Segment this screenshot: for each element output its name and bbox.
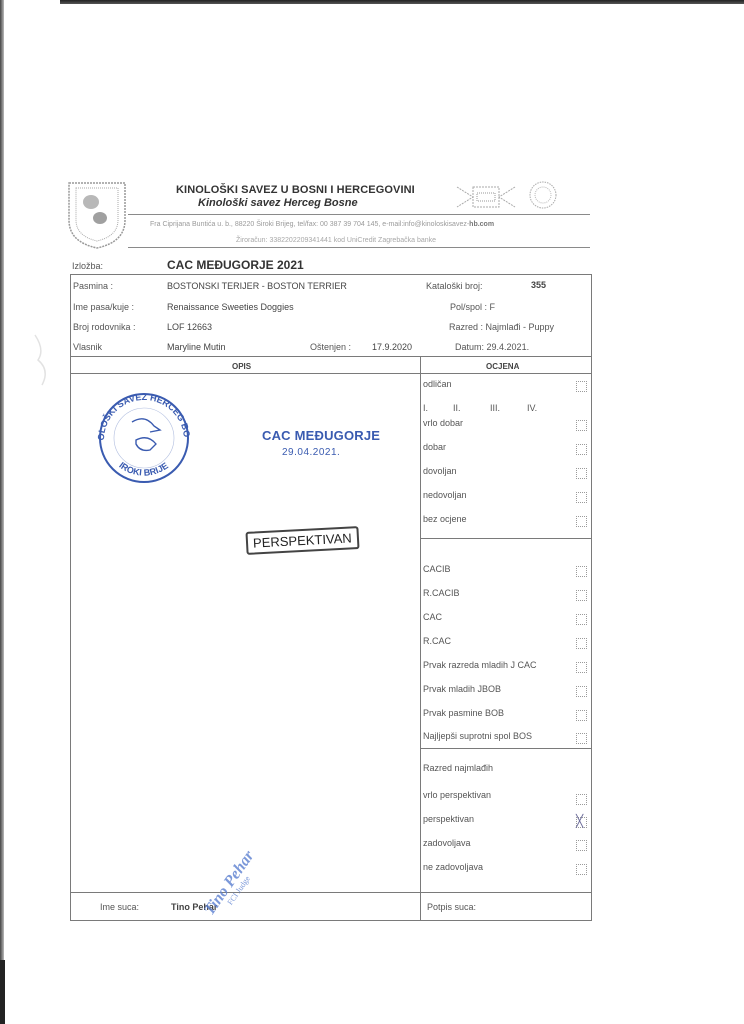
rank-1[interactable]: I. [423, 403, 428, 413]
grade-dovoljan-checkbox[interactable] [576, 468, 587, 479]
title-option-label: Prvak pasmine BOB [423, 708, 504, 718]
rank-4[interactable]: IV. [527, 403, 537, 413]
scan-edge-top [60, 0, 744, 4]
grade-column-header: OCJENA [486, 362, 519, 371]
born-label: Oštenjen : [310, 342, 351, 352]
judge-label: Ime suca: [100, 902, 139, 912]
kshb-round-stamp-icon: KINOLOŠKI SAVEZ HERCEG BOSNE ŠIROKI BRIJ… [90, 392, 198, 484]
rule-footer [70, 892, 592, 893]
puppy-class-heading: Razred najmlađih [423, 763, 493, 773]
puppy-perspektivan-checkbox[interactable] [576, 817, 587, 828]
class-field: Razred : Najmlađi - Puppy [449, 322, 554, 332]
title-option-label: Najljepši suprotni spol BOS [423, 731, 532, 741]
grade-odlican-checkbox[interactable] [576, 381, 587, 392]
rule-titles-end [420, 748, 592, 749]
sex-value: F [490, 302, 496, 312]
address-text: Fra Ciprijana Buntića u. b., 88220 Širok… [150, 221, 469, 228]
rank-3[interactable]: III. [490, 403, 500, 413]
grade-option-label: vrlo dobar [423, 418, 463, 428]
show-label: Izložba: [72, 261, 103, 271]
kennel-union-seal-logo-icon [528, 180, 558, 210]
puppy-option-label: perspektivan [423, 814, 474, 824]
fci-logo-icon [455, 183, 517, 211]
puppy-option-label: ne zadovoljava [423, 862, 483, 872]
catalog-value: 355 [531, 280, 546, 290]
title-option-label: Prvak mladih JBOB [423, 684, 501, 694]
grade-option-label: nedovoljan [423, 490, 467, 500]
show-name: CAC MEĐUGORJE 2021 [167, 258, 304, 272]
show-stamp-name: CAC MEĐUGORJE [262, 428, 380, 443]
catalog-label: Kataloški broj: [426, 281, 483, 291]
address-domain: hb.com [469, 221, 494, 228]
grade-option-label: dobar [423, 442, 446, 452]
title-r-cacib-checkbox[interactable] [576, 590, 587, 601]
date-label: Datum: [455, 342, 484, 352]
pedigree-label: Broj rodovnika : [73, 322, 136, 332]
owner-label: Vlasnik [73, 342, 102, 352]
date-value: 29.4.2021. [487, 342, 530, 352]
show-stamp-date: 29.04.2021. [282, 447, 340, 458]
grade-option-label: bez ocjene [423, 514, 467, 524]
title-option-label: R.CACIB [423, 588, 460, 598]
grade-option-label: odličan [423, 379, 452, 389]
svg-text:KINOLOŠKI SAVEZ HERCEG BOSNE: KINOLOŠKI SAVEZ HERCEG BOSNE [90, 392, 192, 441]
form-frame [70, 274, 592, 921]
title-option-label: Prvak razreda mladih J CAC [423, 660, 537, 670]
title-option-label: CAC [423, 612, 442, 622]
rank-2[interactable]: II. [453, 403, 461, 413]
puppy-zadovoljava-checkbox[interactable] [576, 840, 587, 851]
sex-field: Pol/spol : F [450, 302, 495, 312]
grade-option-label: dovoljan [423, 466, 457, 476]
kshb-shield-logo-icon [66, 180, 128, 250]
org-subtitle: Kinološki savez Herceg Bosne [198, 197, 358, 209]
class-value: Najmlađi - Puppy [486, 322, 555, 332]
title-cacib-checkbox[interactable] [576, 566, 587, 577]
grade-vrlo-dobar-checkbox[interactable] [576, 420, 587, 431]
rule-column-header [70, 373, 592, 374]
title-r-cac-checkbox[interactable] [576, 638, 587, 649]
owner-value: Maryline Mutin [167, 342, 226, 352]
class-label: Razred : [449, 322, 483, 332]
scan-edge-left [0, 0, 4, 1024]
grade-bez-ocjene-checkbox[interactable] [576, 516, 587, 527]
title-option-label: CACIB [423, 564, 451, 574]
dog-name-value: Renaissance Sweeties Doggies [167, 302, 294, 312]
org-title: KINOLOŠKI SAVEZ U BOSNI I HERCEGOVINI [176, 184, 415, 196]
puppy-ne-zadovoljava-checkbox[interactable] [576, 864, 587, 875]
puppy-vrlo-perspektivan-checkbox[interactable] [576, 794, 587, 805]
scan-edge-left-bottom [0, 960, 5, 1024]
description-column-header: OPIS [232, 362, 251, 371]
pedigree-value: LOF 12663 [167, 322, 212, 332]
address-line: Fra Ciprijana Buntića u. b., 88220 Širok… [150, 221, 494, 228]
puppy-option-label: zadovoljava [423, 838, 471, 848]
header-rule-bottom [128, 247, 590, 248]
sex-label: Pol/spol : [450, 302, 487, 312]
pencil-mark [30, 330, 60, 390]
title-bos-checkbox[interactable] [576, 733, 587, 744]
title-option-label: R.CAC [423, 636, 451, 646]
title-bob-checkbox[interactable] [576, 710, 587, 721]
rule-details-end [70, 356, 592, 357]
dog-name-label: Ime pasa/kuje : [73, 302, 134, 312]
date-field: Datum: 29.4.2021. [455, 342, 529, 352]
puppy-option-label: vrlo perspektivan [423, 790, 491, 800]
column-divider [420, 356, 421, 921]
signature-label: Potpis suca: [427, 902, 476, 912]
grade-dobar-checkbox[interactable] [576, 444, 587, 455]
rule-grades-end [420, 538, 592, 539]
title-cac-checkbox[interactable] [576, 614, 587, 625]
header-rule-top [128, 214, 590, 215]
title-jbob-checkbox[interactable] [576, 686, 587, 697]
breed-value: BOSTONSKI TERIJER - BOSTON TERRIER [167, 281, 347, 291]
grade-nedovoljan-checkbox[interactable] [576, 492, 587, 503]
breed-label: Pasmina : [73, 281, 113, 291]
born-value: 17.9.2020 [372, 342, 412, 352]
title-junior-cac-checkbox[interactable] [576, 662, 587, 673]
bank-line: Žiroračun: 3382202209341441 kod UniCredi… [236, 237, 436, 244]
